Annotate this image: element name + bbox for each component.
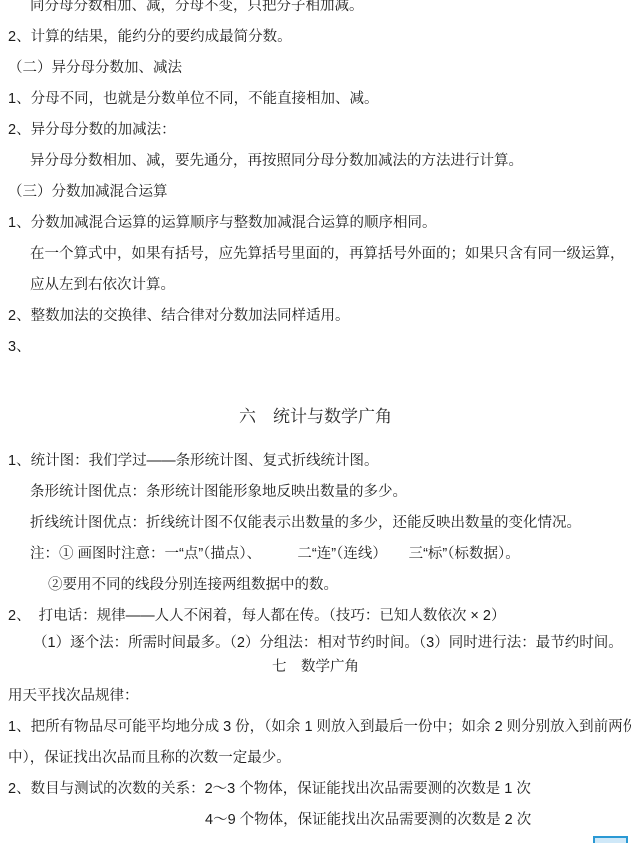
document-page: 同分母分数相加、减，分母不变，只把分子相加减。 2、计算的结果，能约分的要约成最…	[0, 0, 631, 843]
text-line: 4～9 个物体，保证能找出次品需要测的次数是 2 次	[0, 805, 631, 836]
text-line: 3、	[0, 332, 631, 363]
text-line: 同分母分数相加、减，分母不变，只把分子相加减。	[0, 0, 631, 22]
text-line: （三）分数加减混合运算	[0, 177, 631, 208]
text-line: 2、整数加法的交换律、结合律对分数加法同样适用。	[0, 301, 631, 332]
text-line: 1、把所有物品尽可能平均地分成 3 份，（如余 1 则放入到最后一份中；如余 2…	[0, 712, 631, 743]
text-line: 注：① 画图时注意：一“点”（描点）、 二“连”（连线） 三“标”（标数据）。	[0, 539, 631, 570]
text-line: 2、异分母分数的加减法：	[0, 115, 631, 146]
text-line: 异分母分数相加、减，要先通分，再按照同分母分数加减法的方法进行计算。	[0, 146, 631, 177]
text-line: 1、分母不同，也就是分数单位不同，不能直接相加、减。	[0, 84, 631, 115]
text-line: 2、数目与测试的次数的关系：2～3 个物体，保证能找出次品需要测的次数是 1 次	[0, 774, 631, 805]
heading-section-six: 六 统计与数学广角	[0, 397, 631, 437]
text-line: 2、计算的结果，能约分的要约成最简分数。	[0, 22, 631, 53]
text-line: 应从左到右依次计算。	[0, 270, 631, 301]
text-line: （二）异分母分数加、减法	[0, 53, 631, 84]
text-line: 折线统计图优点：折线统计图不仅能表示出数量的多少，还能反映出数量的变化情况。	[0, 508, 631, 539]
text-line: 用天平找次品规律：	[0, 681, 631, 712]
text-line: 在一个算式中，如果有括号，应先算括号里面的，再算括号外面的；如果只含有同一级运算…	[0, 239, 631, 270]
floating-widget[interactable]	[593, 836, 628, 843]
text-line: 条形统计图优点：条形统计图能形象地反映出数量的多少。	[0, 477, 631, 508]
text-line: ②要用不同的线段分别连接两组数据中的数。	[0, 570, 631, 601]
text-line: 1、分数加减混合运算的运算顺序与整数加减混合运算的顺序相同。	[0, 208, 631, 239]
text-line: 1、统计图：我们学过——条形统计图、复式折线统计图。	[0, 446, 631, 477]
text-line: 中），保证找出次品而且称的次数一定最少。	[0, 743, 631, 774]
